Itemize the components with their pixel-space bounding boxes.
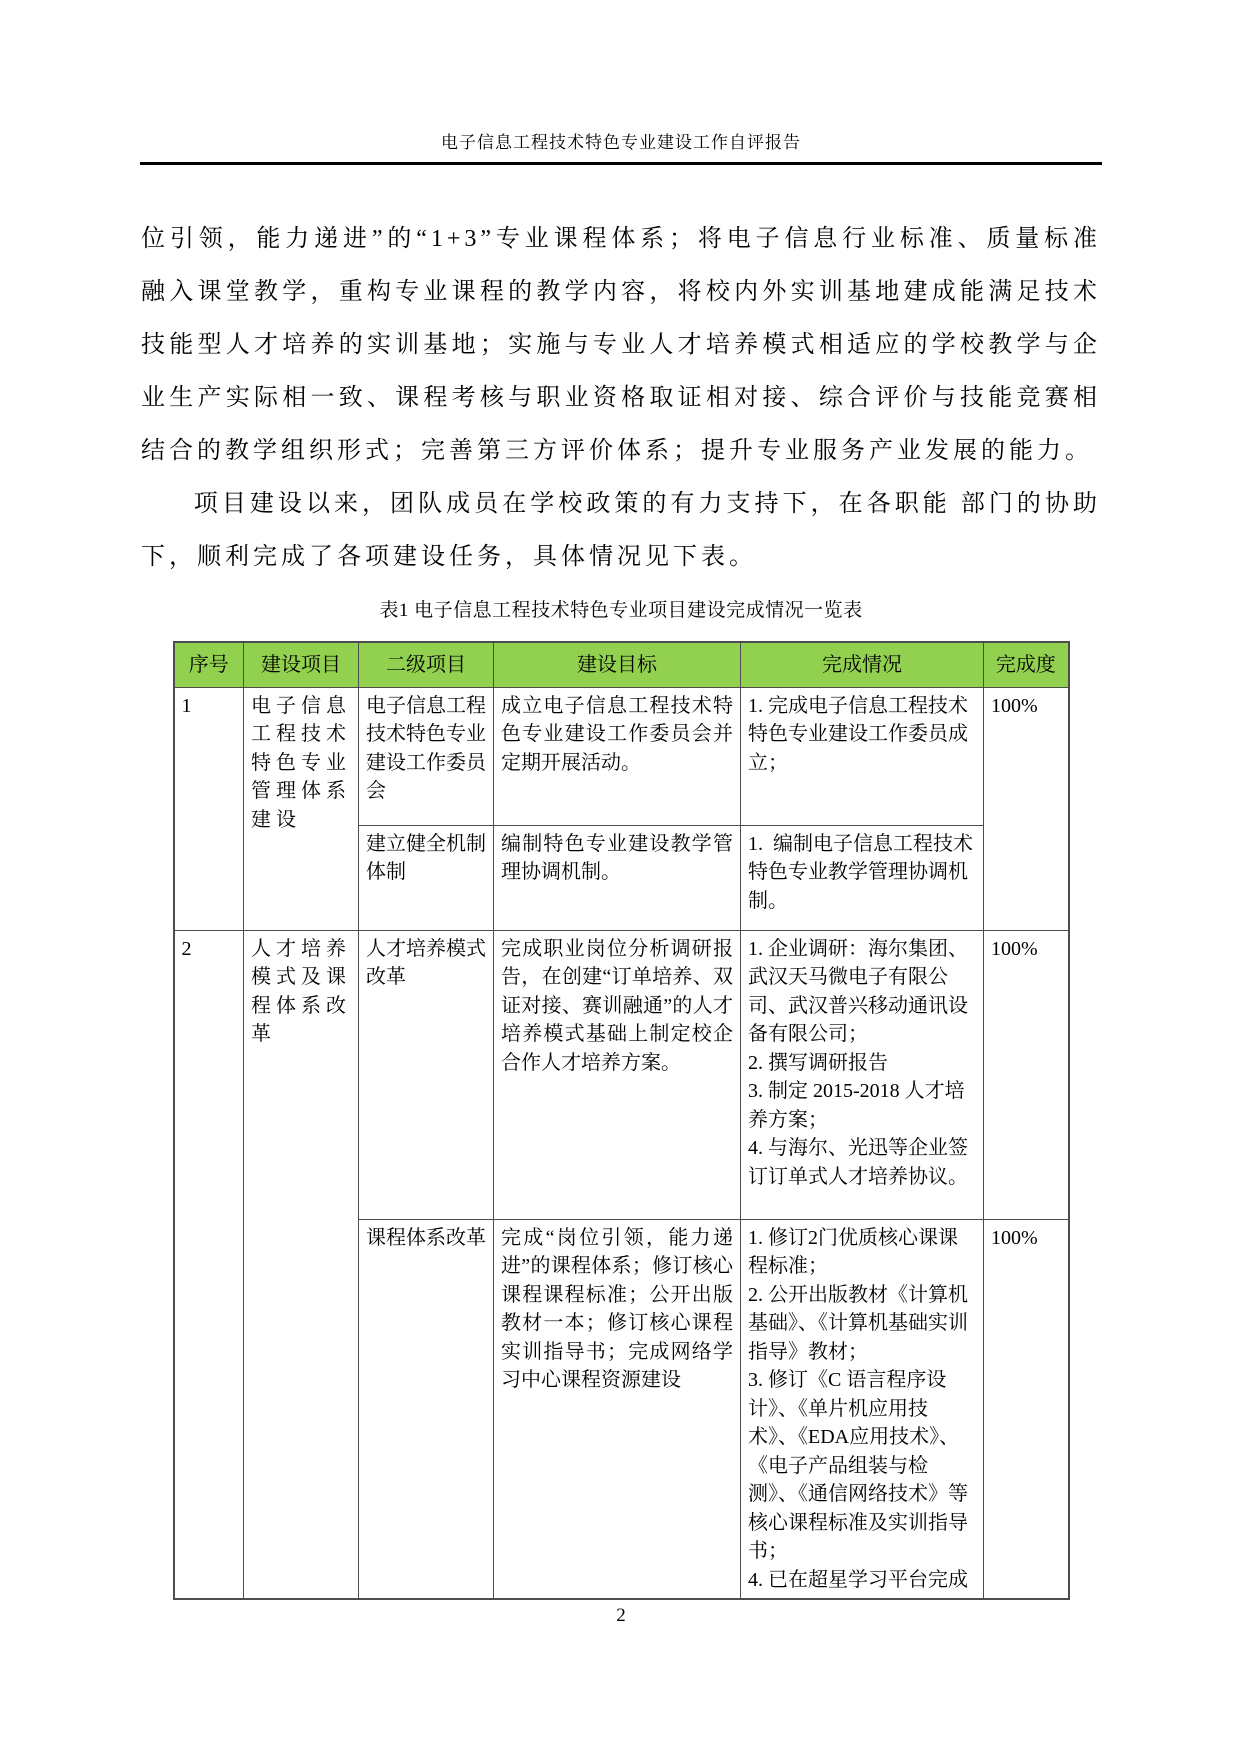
cell-row2b-completion: 1. 修订2门优质核心课课程标准； 2. 公开出版教材《计算机基础》、《计算机基… <box>741 1219 984 1599</box>
table-header-row: 序号 建设项目 二级项目 建设目标 完成情况 完成度 <box>174 642 1069 687</box>
column-header-target: 建设目标 <box>494 642 741 687</box>
paragraph: 位引领，能力递进”的“1+3”专业课程体系；将电子信息行业标准、质量标准融入课堂… <box>141 213 1101 478</box>
page-header: 电子信息工程技术特色专业建设工作自评报告 <box>140 0 1102 165</box>
cell-row1b-completion: 1. 编制电子信息工程技术特色专业教学管理协调机制。 <box>741 825 984 930</box>
cell-row2a-target: 完成职业岗位分析调研报告，在创建“订单培养、双证对接、赛训融通”的人才培养模式基… <box>494 930 741 1219</box>
document-page: 电子信息工程技术特色专业建设工作自评报告 位引领，能力递进”的“1+3”专业课程… <box>0 0 1242 1755</box>
completion-item: 3. 修订《C 语言程序设计》、《单片机应用技术》、《EDA应用技术》、《电子产… <box>748 1366 976 1566</box>
completion-item: 1. 编制电子信息工程技术特色专业教学管理协调机制。 <box>748 830 976 916</box>
cell-row1b-target: 编制特色专业建设教学管理协调机制。 <box>494 825 741 930</box>
completion-item: 1. 修订2门优质核心课课程标准； <box>748 1224 976 1281</box>
cell-row2a-rate: 100% <box>984 930 1069 1219</box>
header-rule <box>140 162 1102 165</box>
completion-item: 1. 企业调研：海尔集团、武汉天马微电子有限公司、武汉普兴移动通讯设备有限公司； <box>748 935 976 1049</box>
cell-row1a-completion: 1. 完成电子信息工程技术特色专业建设工作委员成立； <box>741 687 984 825</box>
column-header-project: 建设项目 <box>244 642 359 687</box>
cell-row1b-secondary: 建立健全机制体制 <box>359 825 494 930</box>
cell-row2b-target: 完成“岗位引领，能力递进”的课程体系；修订核心课程课程标准；公开出版教材一本；修… <box>494 1219 741 1599</box>
table-row: 2 人才培养模式及课程体系改革 人才培养模式改革 完成职业岗位分析调研报告，在创… <box>174 930 1069 1219</box>
completion-item: 4. 已在超星学习平台完成 <box>748 1566 976 1595</box>
cell-row2-no: 2 <box>174 930 244 1599</box>
cell-row2a-secondary: 人才培养模式改革 <box>359 930 494 1219</box>
header-title: 电子信息工程技术特色专业建设工作自评报告 <box>140 128 1102 153</box>
cell-row1a-secondary: 电子信息工程技术特色专业建设工作委员会 <box>359 687 494 825</box>
cell-row2-project: 人才培养模式及课程体系改革 <box>244 930 359 1599</box>
column-header-rate: 完成度 <box>984 642 1069 687</box>
completion-status-table: 序号 建设项目 二级项目 建设目标 完成情况 完成度 1 电子信息工程技术特色专… <box>173 641 1070 1600</box>
completion-item: 2. 公开出版教材《计算机基础》、《计算机基础实训指导》教材； <box>748 1281 976 1367</box>
column-header-no: 序号 <box>174 642 244 687</box>
cell-row1-rate: 100% <box>984 687 1069 930</box>
cell-row2b-secondary: 课程体系改革 <box>359 1219 494 1599</box>
completion-item: 1. 完成电子信息工程技术特色专业建设工作委员成立； <box>748 692 976 778</box>
table-row: 1 电子信息工程技术特色专业管理体系建设 电子信息工程技术特色专业建设工作委员会… <box>174 687 1069 825</box>
cell-row1-no: 1 <box>174 687 244 930</box>
cell-row2a-completion: 1. 企业调研：海尔集团、武汉天马微电子有限公司、武汉普兴移动通讯设备有限公司；… <box>741 930 984 1219</box>
cell-row1a-target: 成立电子信息工程技术特色专业建设工作委员会并定期开展活动。 <box>494 687 741 825</box>
column-header-completion: 完成情况 <box>741 642 984 687</box>
completion-item: 4. 与海尔、光迅等企业签订订单式人才培养协议。 <box>748 1134 976 1191</box>
table-caption: 表1 电子信息工程技术特色专业项目建设完成情况一览表 <box>0 598 1242 624</box>
cell-row2b-rate: 100% <box>984 1219 1069 1599</box>
completion-item: 2. 撰写调研报告 <box>748 1049 976 1078</box>
cell-row1-project: 电子信息工程技术特色专业管理体系建设 <box>244 687 359 930</box>
page-number: 2 <box>0 1605 1242 1627</box>
body-text: 位引领，能力递进”的“1+3”专业课程体系；将电子信息行业标准、质量标准融入课堂… <box>141 213 1101 584</box>
column-header-secondary: 二级项目 <box>359 642 494 687</box>
paragraph: 项目建设以来，团队成员在学校政策的有力支持下，在各职能 部门的协助下，顺利完成了… <box>141 478 1101 584</box>
completion-item: 3. 制定 2015-2018 人才培养方案； <box>748 1077 976 1134</box>
